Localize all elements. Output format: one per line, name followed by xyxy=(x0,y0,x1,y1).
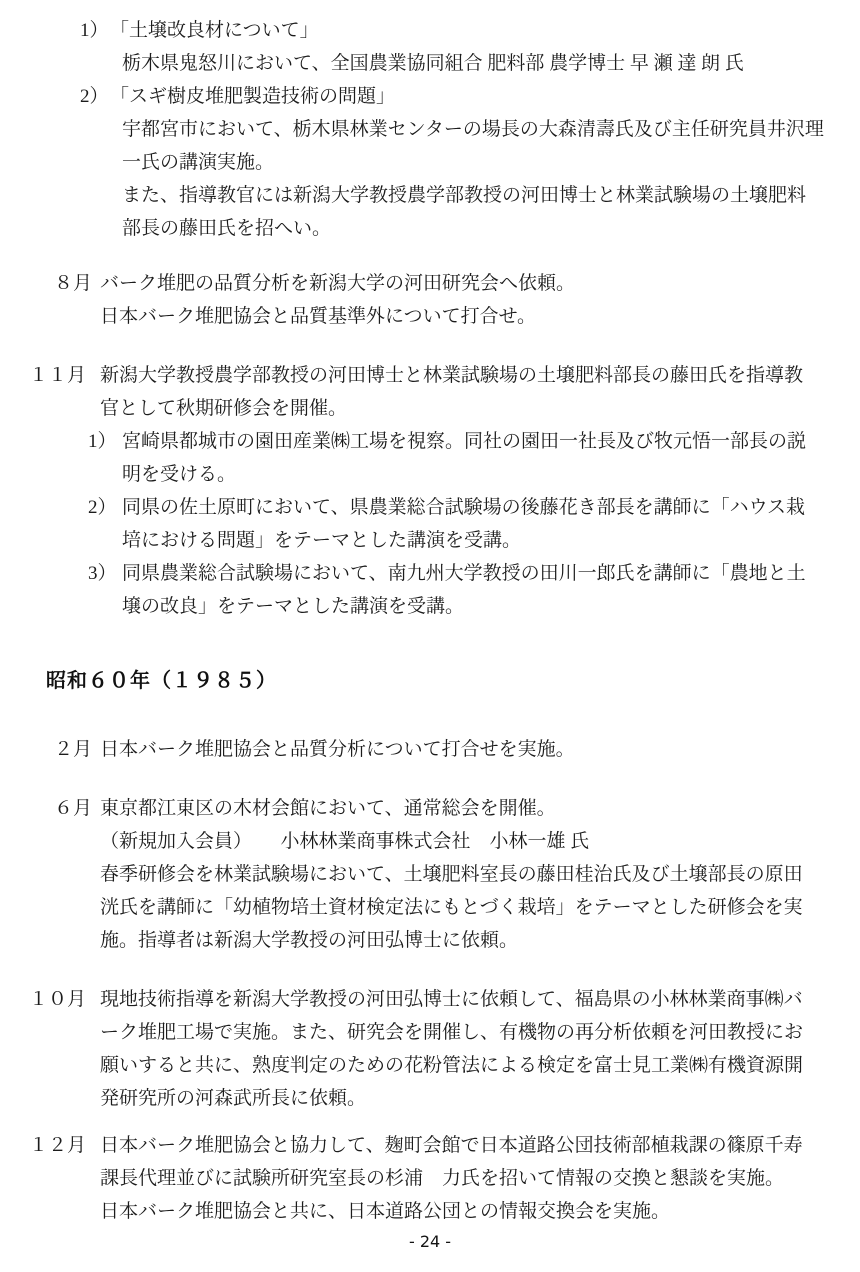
month-entry: １１月新潟大学教授農学部教授の河田博士と林業試験場の土壌肥料部長の藤田氏を指導教… xyxy=(0,359,860,623)
entry-paragraph: 現地技術指導を新潟大学教授の河田弘博士に依頼して、福島県の小林林業商事㈱バーク堆… xyxy=(100,983,816,1115)
entry-paragraph: バーク堆肥の品質分析を新潟大学の河田研究会へ依頼。 xyxy=(100,267,816,300)
month-entry: １２月日本バーク堆肥協会と協力して、麹町会館で日本道路公団技術部植栽課の篠原千寿… xyxy=(0,1129,860,1228)
month-label: １１月 xyxy=(29,359,86,392)
list-item-numbered: 3）同県農業総合試験場において、南九州大学教授の田川一郎氏を講師に「農地と土壌の… xyxy=(88,557,816,623)
list-item-numbered: 2）「スギ樹皮堆肥製造技術の問題」宇都宮市において、栃木県林業センターの場長の大… xyxy=(0,80,860,245)
document-page: 1）「土壌改良材について」栃木県鬼怒川において、全国農業協同組合 肥料部 農学博… xyxy=(0,0,860,1272)
month-entry: ６月東京都江東区の木材会館において、通常総会を開催。（新規加入会員） 小林林業商… xyxy=(0,792,860,957)
entry-paragraph: （新規加入会員） 小林林業商事株式会社 小林一雄 氏 xyxy=(100,825,816,858)
entry-content: 新潟大学教授農学部教授の河田博士と林業試験場の土壌肥料部長の藤田氏を指導教官とし… xyxy=(100,359,816,623)
month-label: １２月 xyxy=(29,1129,86,1162)
document-body: 1）「土壌改良材について」栃木県鬼怒川において、全国農業協同組合 肥料部 農学博… xyxy=(0,14,860,1228)
month-label: ８月 xyxy=(54,267,92,300)
entry-paragraph: 日本バーク堆肥協会と共に、日本道路公団との情報交換会を実施。 xyxy=(100,1195,816,1228)
item-number: 1） xyxy=(80,14,110,47)
item-paragraph: 栃木県鬼怒川において、全国農業協同組合 肥料部 農学博士 早 瀬 達 朗 氏 xyxy=(122,47,824,80)
month-label: ２月 xyxy=(54,733,92,766)
item-text: 同県農業総合試験場において、南九州大学教授の田川一郎氏を講師に「農地と土壌の改良… xyxy=(122,563,806,617)
item-text: 宮崎県都城市の園田産業㈱工場を視察。同社の園田一社長及び牧元悟一部長の説明を受け… xyxy=(122,431,806,485)
item-paragraph: 宇都宮市において、栃木県林業センターの場長の大森清壽氏及び主任研究員井沢理一氏の… xyxy=(122,113,824,179)
item-number: 2） xyxy=(80,80,110,113)
entry-paragraph: 東京都江東区の木材会館において、通常総会を開催。 xyxy=(100,792,816,825)
entry-content: 日本バーク堆肥協会と協力して、麹町会館で日本道路公団技術部植栽課の篠原千寿課長代… xyxy=(100,1129,816,1228)
item-number: 1） xyxy=(88,425,117,458)
entry-paragraph: 春季研修会を林業試験場において、土壌肥料室長の藤田桂治氏及び土壌部長の原田洸氏を… xyxy=(100,858,816,957)
entry-paragraph: 新潟大学教授農学部教授の河田博士と林業試験場の土壌肥料部長の藤田氏を指導教官とし… xyxy=(100,359,816,425)
entry-paragraph: 日本バーク堆肥協会と協力して、麹町会館で日本道路公団技術部植栽課の篠原千寿課長代… xyxy=(100,1129,816,1195)
continuation-block: 1）「土壌改良材について」栃木県鬼怒川において、全国農業協同組合 肥料部 農学博… xyxy=(0,14,860,245)
page-number: - 24 - xyxy=(0,1231,860,1253)
item-text: 同県の佐土原町において、県農業総合試験場の後藤花き部長を講師に「ハウス栽培におけ… xyxy=(122,497,805,551)
item-title-row: 2）「スギ樹皮堆肥製造技術の問題」 xyxy=(80,80,860,113)
month-label: １０月 xyxy=(29,983,86,1016)
list-item-numbered: 1）宮崎県都城市の園田産業㈱工場を視察。同社の園田一社長及び牧元悟一部長の説明を… xyxy=(88,425,816,491)
entry-content: 東京都江東区の木材会館において、通常総会を開催。（新規加入会員） 小林林業商事株… xyxy=(100,792,816,957)
item-title: 「スギ樹皮堆肥製造技術の問題」 xyxy=(110,86,395,107)
list-item-numbered: 1）「土壌改良材について」栃木県鬼怒川において、全国農業協同組合 肥料部 農学博… xyxy=(0,14,860,80)
item-title: 「土壌改良材について」 xyxy=(110,20,319,41)
list-item-numbered: 2）同県の佐土原町において、県農業総合試験場の後藤花き部長を講師に「ハウス栽培に… xyxy=(88,491,816,557)
entry-content: 現地技術指導を新潟大学教授の河田弘博士に依頼して、福島県の小林林業商事㈱バーク堆… xyxy=(100,983,816,1115)
item-number: 2） xyxy=(88,491,117,524)
item-title-row: 1）「土壌改良材について」 xyxy=(80,14,860,47)
item-number: 3） xyxy=(88,557,117,590)
month-label: ６月 xyxy=(54,792,92,825)
year-heading: 昭和６０年（１９８５） xyxy=(46,665,860,695)
item-paragraph: また、指導教官には新潟大学教授農学部教授の河田博士と林業試験場の土壌肥料部長の藤… xyxy=(122,179,824,245)
entry-content: 日本バーク堆肥協会と品質分析について打合せを実施。 xyxy=(100,733,816,766)
entry-content: バーク堆肥の品質分析を新潟大学の河田研究会へ依頼。日本バーク堆肥協会と品質基準外… xyxy=(100,267,816,333)
month-entry: ８月バーク堆肥の品質分析を新潟大学の河田研究会へ依頼。日本バーク堆肥協会と品質基… xyxy=(0,267,860,333)
month-entry: ２月日本バーク堆肥協会と品質分析について打合せを実施。 xyxy=(0,733,860,766)
month-entry: １０月現地技術指導を新潟大学教授の河田弘博士に依頼して、福島県の小林林業商事㈱バ… xyxy=(0,983,860,1115)
entry-paragraph: 日本バーク堆肥協会と品質基準外について打合せ。 xyxy=(100,300,816,333)
entry-paragraph: 日本バーク堆肥協会と品質分析について打合せを実施。 xyxy=(100,733,816,766)
